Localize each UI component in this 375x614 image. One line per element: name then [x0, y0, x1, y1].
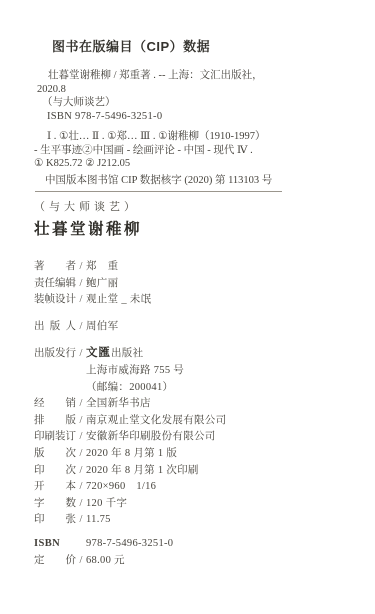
credit-separator: / — [76, 292, 86, 309]
credit-row-author: 著者 / 郑 重 — [34, 259, 347, 276]
cip-classification-line: ① K825.72 ② J212.05 — [34, 157, 347, 171]
credit-separator: / — [76, 446, 86, 463]
price-value: 68.00 元 — [86, 553, 347, 570]
isbn-value: 978-7-5496-3251-0 — [86, 536, 347, 553]
horizontal-divider — [35, 191, 282, 192]
credit-separator: / — [76, 396, 86, 413]
credit-separator: / — [76, 463, 86, 480]
credit-separator: / — [76, 479, 86, 496]
cip-entry-block: 壮暮堂谢稚柳 / 郑重著 . -- 上海：文汇出版社， 2020.8 （与大师谈… — [37, 69, 347, 123]
credit-row-format: 开本 / 720×960 1/16 — [34, 479, 347, 496]
credit-row-postcode: （邮编：200041） — [34, 380, 347, 397]
credit-row-publisher-person: 出版人 / 周伯军 — [34, 319, 347, 336]
spacer — [34, 529, 347, 536]
credit-row-editor: 责任编辑 / 鲍广丽 — [34, 276, 347, 293]
credit-row-typesetting: 排版 / 南京观止堂文化发展有限公司 — [34, 413, 347, 430]
book-title: 壮暮堂谢稚柳 — [34, 220, 347, 240]
credit-value: 郑 重 — [86, 259, 347, 276]
credit-row-distribution: 经销 / 全国新华书店 — [34, 396, 347, 413]
credit-value: 2020 年 8 月第 1 次印刷 — [86, 463, 347, 480]
credit-separator: / — [76, 413, 86, 430]
publisher-logotype: 文匯 — [86, 347, 111, 359]
credit-separator: / — [76, 512, 86, 529]
credit-separator: / — [76, 346, 86, 363]
cip-classification-line: - 生平事迹②中国画 - 绘画评论 - 中国 - 现代 Ⅳ . — [34, 144, 347, 158]
credit-value: 安徽新华印刷股份有限公司 — [86, 429, 347, 446]
cip-entry-line: （与大师谈艺） — [37, 96, 347, 110]
credit-separator: / — [76, 276, 86, 293]
credit-row-wordcount: 字数 / 120 千字 — [34, 496, 347, 513]
cip-entry-line: 2020.8 — [37, 83, 347, 97]
credit-row-sheets: 印张 / 11.75 — [34, 512, 347, 529]
publisher-address: 上海市威海路 755 号 — [86, 363, 347, 380]
isbn-label: ISBN — [34, 536, 76, 553]
credit-row-design: 装帧设计 / 观止堂 _ 未氓 — [34, 292, 347, 309]
credit-label: 装帧设计 — [34, 292, 76, 309]
credit-value: 文匯出版社 — [86, 345, 347, 363]
credit-separator: / — [76, 496, 86, 513]
credit-value: 720×960 1/16 — [86, 479, 347, 496]
cip-header: 图书在版编目（CIP）数据 — [52, 40, 347, 53]
price-label: 定价 — [34, 553, 76, 570]
credit-label: 版次 — [34, 446, 76, 463]
cip-entry-line: 壮暮堂谢稚柳 / 郑重著 . -- 上海：文汇出版社， — [37, 69, 347, 83]
copyright-page: 图书在版编目（CIP）数据 壮暮堂谢稚柳 / 郑重著 . -- 上海：文汇出版社… — [0, 0, 375, 614]
credit-row-edition: 版次 / 2020 年 8 月第 1 版 — [34, 446, 347, 463]
credit-value: 周伯军 — [86, 319, 347, 336]
credit-separator: / — [76, 429, 86, 446]
credit-row-publishing-house: 出版发行 / 文匯出版社 — [34, 345, 347, 363]
credit-value: 全国新华书店 — [86, 396, 347, 413]
spacer — [34, 309, 347, 319]
cip-entry-isbn: ISBN 978-7-5496-3251-0 — [37, 110, 347, 124]
credit-label: 出版发行 — [34, 346, 76, 363]
credit-label: 排版 — [34, 413, 76, 430]
cip-classification-line: Ⅰ . ①壮… Ⅱ . ①郑… Ⅲ . ①谢稚柳（1910-1997） — [34, 130, 347, 144]
credit-value: 鲍广丽 — [86, 276, 347, 293]
credit-label: 开本 — [34, 479, 76, 496]
series-name: （与大师谈艺） — [34, 201, 347, 214]
isbn-row: ISBN 978-7-5496-3251-0 — [34, 536, 347, 553]
cip-classification-block: Ⅰ . ①壮… Ⅱ . ①郑… Ⅲ . ①谢稚柳（1910-1997） - 生平… — [34, 130, 347, 171]
credit-row-impression: 印次 / 2020 年 8 月第 1 次印刷 — [34, 463, 347, 480]
credit-value: 南京观止堂文化发展有限公司 — [86, 413, 347, 430]
credit-label: 经销 — [34, 396, 76, 413]
credit-row-address: 上海市威海路 755 号 — [34, 363, 347, 380]
credit-separator: / — [76, 319, 86, 336]
colophon: 著者 / 郑 重 责任编辑 / 鲍广丽 装帧设计 / 观止堂 _ 未氓 出版人 … — [34, 259, 347, 569]
credit-value: 2020 年 8 月第 1 版 — [86, 446, 347, 463]
credit-label: 字数 — [34, 496, 76, 513]
cip-record-number: 中国版本图书馆 CIP 数据核字 (2020) 第 113103 号 — [45, 174, 347, 188]
price-row: 定价 / 68.00 元 — [34, 553, 347, 570]
credit-label: 责任编辑 — [34, 276, 76, 293]
credit-label: 印张 — [34, 512, 76, 529]
credit-label: 印刷装订 — [34, 429, 76, 446]
credit-label: 印次 — [34, 463, 76, 480]
credit-separator: / — [76, 553, 86, 570]
credit-value: 120 千字 — [86, 496, 347, 513]
credit-row-printing: 印刷装订 / 安徽新华印刷股份有限公司 — [34, 429, 347, 446]
credit-value: 11.75 — [86, 512, 347, 529]
credit-separator: / — [76, 259, 86, 276]
credit-label: 出版人 — [34, 319, 76, 336]
spacer — [34, 335, 347, 345]
publisher-postcode: （邮编：200041） — [86, 380, 347, 397]
credit-label: 著者 — [34, 259, 76, 276]
credit-value: 观止堂 _ 未氓 — [86, 292, 347, 309]
publisher-suffix: 出版社 — [111, 348, 143, 359]
